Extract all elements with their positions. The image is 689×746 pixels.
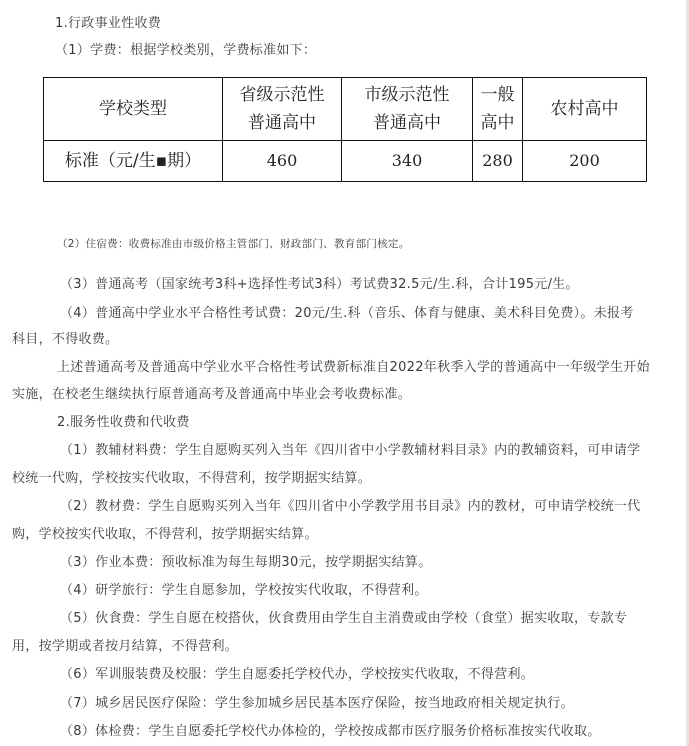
- header-municipal: 市级示范性普通高中: [342, 78, 473, 141]
- header-provincial: 省级示范性普通高中: [223, 78, 342, 141]
- tuition-table: 学校类型 省级示范性普通高中 市级示范性普通高中 一般高中 农村高中 标准（元/…: [43, 77, 647, 182]
- header-school-type: 学校类型: [44, 78, 223, 141]
- value-rural: 200: [523, 141, 647, 182]
- row-label: 标准（元/生▪期）: [44, 141, 223, 182]
- gaokao-fee: （3）普通高考（国家统考3科+选择性考试3科）考试费32.5元/生.科，合计19…: [60, 273, 579, 292]
- meal-fee-line2: 用，按学期或者按月结算，不得营利。: [12, 635, 238, 654]
- proficiency-fee-line1: （4）普通高中学业水平合格性考试费：20元/生.科（音乐、体育与健康、美术科目免…: [60, 302, 634, 321]
- section1-title: 1.行政事业性收费: [55, 12, 161, 31]
- meal-fee-line1: （5）伙食费：学生自愿在校搭伙，伙食费用由学生自主消费或由学校（食堂）据实收取，…: [60, 607, 627, 626]
- proficiency-fee-line2: 科目，不得收费。: [12, 328, 118, 347]
- physical-exam-fee: （8）体检费：学生自愿委托学校代办体检的，学校按成都市医疗服务价格标准按实代收取…: [60, 720, 601, 739]
- textbook-line2: 购，学校按实代收取，不得营利，按学期据实结算。: [12, 523, 318, 542]
- uniform-fee: （6）军训服装费及校服：学生自愿委托学校代办，学校按实代收取，不得营利。: [60, 663, 534, 682]
- medical-insurance: （7）城乡居民医疗保险：学生参加城乡居民基本医疗保险，按当地政府相关规定执行。: [60, 692, 574, 711]
- study-trip: （4）研学旅行：学生自愿参加，学校按实代收取，不得营利。: [60, 579, 428, 598]
- exercise-book-fee: （3）作业本费：预收标准为每生每期30元，按学期据实结算。: [60, 551, 432, 570]
- tuition-intro: （1）学费：根据学校类别，学费标准如下：: [55, 39, 316, 58]
- accommodation-fee: （2）住宿费：收费标准由市级价格主管部门、财政部门、教育部门核定。: [57, 236, 410, 251]
- note-line2: 实施，在校老生继续执行原普通高考及普通高中毕业会考收费标准。: [12, 383, 411, 402]
- textbook-line1: （2）教材费：学生自愿购买列入当年《四川省中小学教学用书目录》内的教材，可申请学…: [60, 495, 640, 514]
- note-line1: 上述普通高考及普通高中学业水平合格性考试费新标准自2022年秋季入学的普通高中一…: [57, 356, 650, 375]
- header-rural: 农村高中: [523, 78, 647, 141]
- value-general: 280: [473, 141, 523, 182]
- value-municipal: 340: [342, 141, 473, 182]
- value-provincial: 460: [223, 141, 342, 182]
- table-header-row: 学校类型 省级示范性普通高中 市级示范性普通高中 一般高中 农村高中: [44, 78, 647, 141]
- header-general: 一般高中: [473, 78, 523, 141]
- tutoring-material-line2: 校统一代购，学校按实代收取，不得营利，按学期据实结算。: [12, 467, 371, 486]
- tutoring-material-line1: （1）教辅材料费：学生自愿购买列入当年《四川省中小学教辅材料目录》内的教辅资料，…: [60, 439, 640, 458]
- section2-title: 2.服务性收费和代收费: [57, 411, 190, 430]
- table-row: 标准（元/生▪期） 460 340 280 200: [44, 141, 647, 182]
